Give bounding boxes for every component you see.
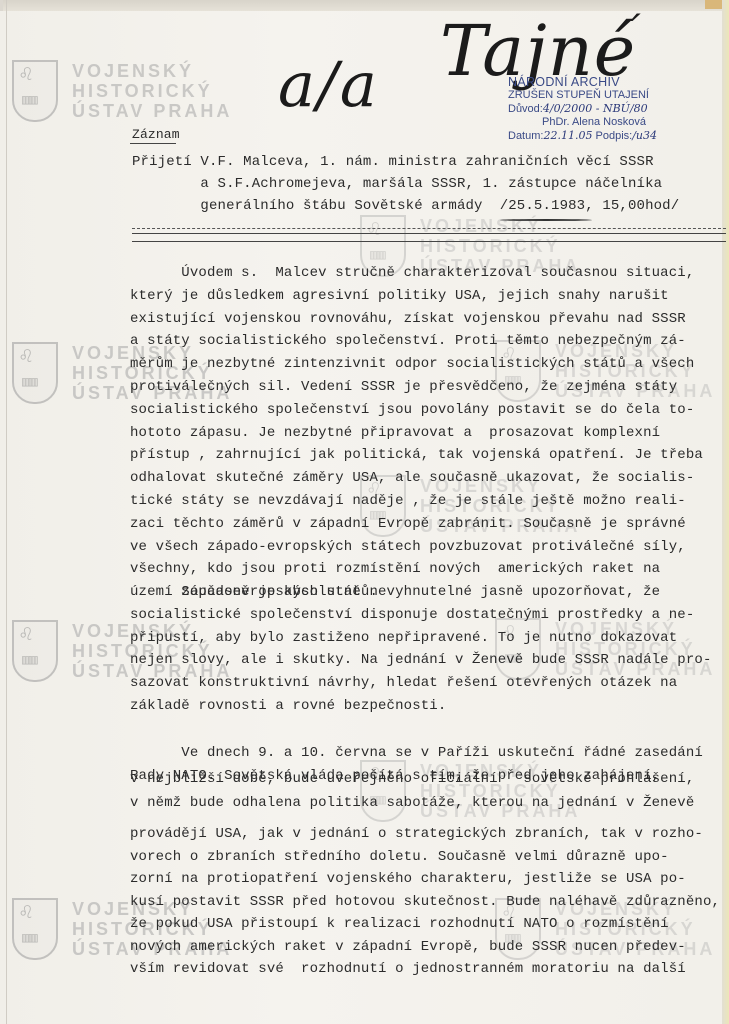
text-line: přístup , zahrnující jak politická, tak … <box>130 444 703 467</box>
text-line: sazovat konstruktivní návrhy, hledat řeš… <box>130 672 712 695</box>
text-line: vorech o zbraních středního doletu. Souč… <box>130 846 720 869</box>
stamp-reason-value: 4/0/2000 - NBÚ/80 <box>543 102 648 115</box>
stamp-date-signature: Datum:22.11.05 Podpis:/u34 <box>508 129 657 143</box>
text-line: provádějí USA, jak v jednání o strategic… <box>130 823 720 846</box>
text-line: ve všech západo-evropských státech povzb… <box>130 536 703 559</box>
label-underline <box>130 143 176 144</box>
date-underline <box>500 219 592 221</box>
text-line: nejen slovy, ale i skutky. Na jednání v … <box>130 649 712 672</box>
document-label: Záznam <box>132 127 180 142</box>
stamp-archive-name: NÁRODNÍ ARCHIV <box>508 76 657 89</box>
text-line: zorní na protiopatření vojenského charak… <box>130 868 720 891</box>
text-line: a státy socialistického společenství. Pr… <box>130 330 703 353</box>
text-line: který je důsledkem agresivní politiky US… <box>130 285 703 308</box>
lion-shield-icon: ♌▥▥ <box>12 342 58 404</box>
handwritten-accent: ´ <box>620 10 640 56</box>
text-line: protiválečných sil. Vedení SSSR je přesv… <box>130 376 703 399</box>
text-line: základě rovnosti a rovné bezpečnosti. <box>130 695 712 718</box>
text-line: odhalovat skutečné záměry USA, ale souča… <box>130 467 703 490</box>
text-line: socialistického společenství jsou povolá… <box>130 399 703 422</box>
text-line: hototo zápasu. Je nezbytné připravovat a… <box>130 422 703 445</box>
text-line: připustí, aby bylo zastiženo nepřipraven… <box>130 627 712 650</box>
header-dashed-rule <box>132 228 726 229</box>
paragraph: Úvodem s. Malcev stručně charakterizoval… <box>130 262 703 604</box>
paragraph: v nejbližší době, bude uveřejněno oficiá… <box>130 767 694 815</box>
stamp-reason-label: Důvod: <box>508 103 543 115</box>
stamp-signature-value: /u34 <box>632 129 657 142</box>
text-line: v němž bude odhalena politika sabotáže, … <box>130 791 694 815</box>
text-line: Úvodem s. Malcev stručně charakterizoval… <box>130 262 703 285</box>
stamp-date-label: Datum: <box>508 130 543 142</box>
watermark-line: VOJENSKÝ <box>72 61 232 81</box>
text-line: existující vojenskou rovnováhu, získat v… <box>130 308 703 331</box>
lion-shield-icon: ♌▥▥ <box>12 60 58 122</box>
header-line: a S.F.Achromejeva, maršála SSSR, 1. zást… <box>132 173 679 195</box>
lion-shield-icon: ♌▥▥ <box>12 898 58 960</box>
text-line: Současně je absolutně nevyhnutelné jasně… <box>130 581 712 604</box>
paragraph: Současně je absolutně nevyhnutelné jasně… <box>130 581 712 718</box>
text-line: v nejbližší době, bude uveřejněno oficiá… <box>130 767 694 791</box>
text-line: tické státy se nevzdávají naděje , že je… <box>130 490 703 513</box>
stamp-status: ZRUŠEN STUPEŇ UTAJENÍ <box>508 89 657 102</box>
header-line: Přijetí V.F. Malceva, 1. nám. ministra z… <box>132 151 679 173</box>
left-margin-rule <box>6 0 7 1024</box>
text-line: nových amerických raket v západní Evropě… <box>130 936 720 959</box>
stamp-date-value: 22.11.05 <box>543 129 592 142</box>
header-rule <box>132 241 726 242</box>
stamp-reason: Důvod:4/0/2000 - NBÚ/80 <box>508 102 657 116</box>
text-line: že pokud USA přistoupí k realizaci rozho… <box>130 913 720 936</box>
stamp-signature-label: Podpis: <box>596 130 633 142</box>
text-line: zaci těchto záměrů v západní Evropě zabr… <box>130 513 703 536</box>
header-line: generálního štábu Sovětské armády /25.5.… <box>132 195 679 217</box>
watermark-line: HISTORICKÝ <box>72 81 232 101</box>
document-header: Přijetí V.F. Malceva, 1. nám. ministra z… <box>132 151 679 217</box>
text-line: vším revidovat své rozhodnutí o jednostr… <box>130 958 720 981</box>
header-rule <box>132 233 726 234</box>
text-line: socialistické společenství disponuje dos… <box>130 604 712 627</box>
handwritten-aa-mark: a/a <box>278 48 379 121</box>
text-line: měrům je nezbytné zintenzivnit odpor soc… <box>130 353 703 376</box>
lion-shield-icon: ♌▥▥ <box>12 620 58 682</box>
declassification-stamp: NÁRODNÍ ARCHIV ZRUŠEN STUPEŇ UTAJENÍ Dův… <box>508 76 657 143</box>
watermark-line: ÚSTAV PRAHA <box>72 101 232 121</box>
text-line: kusí postavit SSSR před hotovou skutečno… <box>130 891 720 914</box>
text-line: Ve dnech 9. a 10. června se v Paříži usk… <box>130 742 703 765</box>
watermark-line: HISTORICKÝ <box>420 236 580 256</box>
stamp-official-name: PhDr. Alena Nosková <box>508 116 657 129</box>
paragraph: provádějí USA, jak v jednání o strategic… <box>130 823 720 981</box>
right-page-edge <box>722 0 729 1024</box>
watermark: ♌▥▥ VOJENSKÝHISTORICKÝÚSTAV PRAHA <box>12 60 232 122</box>
text-line: všechny, kdo jsou proti rozmístění novýc… <box>130 558 703 581</box>
